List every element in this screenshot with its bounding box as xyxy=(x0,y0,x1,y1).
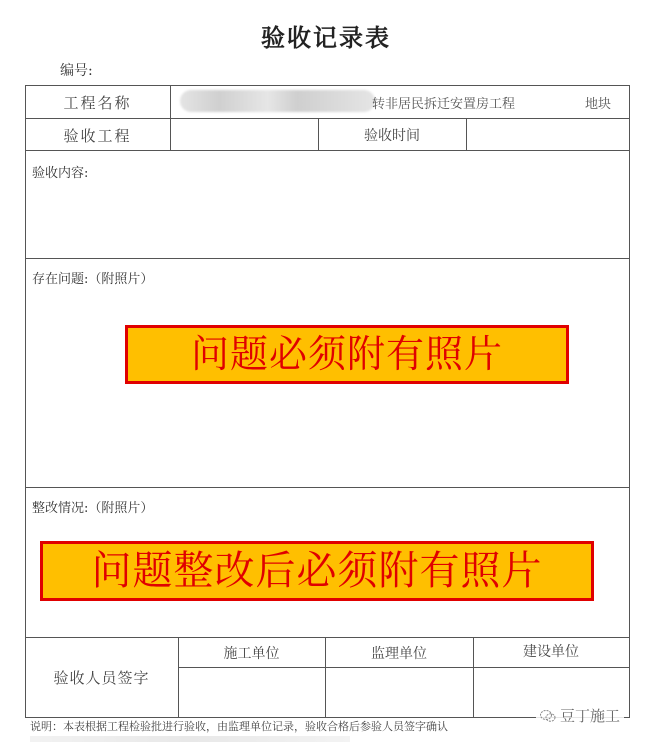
project-plot-label: 地块 xyxy=(585,93,611,112)
signature-label: 验收人员签字 xyxy=(25,667,178,688)
project-name-value: 转非居民拆迁安置房工程 xyxy=(372,93,515,112)
existing-problems-label: 存在问题:（附照片） xyxy=(32,268,153,287)
acceptance-content-label: 验收内容: xyxy=(32,162,88,181)
problems-photo-banner: 问题必须附有照片 xyxy=(125,325,569,384)
col-divider xyxy=(466,118,467,150)
row-divider xyxy=(25,118,629,119)
acceptance-project-label: 验收工程 xyxy=(25,125,170,146)
row-divider xyxy=(25,487,629,488)
wechat-icon xyxy=(540,709,556,723)
signature-field-construction[interactable] xyxy=(180,669,324,715)
serial-number-label: 编号: xyxy=(60,60,93,80)
rectification-label: 整改情况:（附照片） xyxy=(32,497,153,516)
table-border-top xyxy=(25,85,629,86)
rectification-photo-banner: 问题整改后必须附有照片 xyxy=(40,541,594,601)
table-border-right xyxy=(629,85,630,717)
acceptance-time-label: 验收时间 xyxy=(318,125,466,145)
page-title: 验收记录表 xyxy=(0,18,652,53)
redacted-project-name xyxy=(180,90,375,112)
signature-col-construction: 施工单位 xyxy=(178,643,325,663)
watermark: 豆丁施工 xyxy=(536,705,624,726)
signature-field-supervision[interactable] xyxy=(327,669,472,715)
signature-col-supervision: 监理单位 xyxy=(325,643,473,663)
footer-note-faded-line xyxy=(30,736,350,742)
signature-col-owner: 建设单位 xyxy=(473,641,629,661)
project-name-label: 工程名称 xyxy=(25,92,170,113)
table-border-left xyxy=(25,85,26,717)
row-divider xyxy=(25,637,630,638)
watermark-text: 豆丁施工 xyxy=(560,705,620,726)
row-divider xyxy=(178,667,630,668)
row-divider xyxy=(25,258,629,259)
col-divider xyxy=(170,85,171,150)
footer-note: 说明：本表根据工程检验批进行验收，由监理单位记录，验收合格后参验人员签字确认 xyxy=(30,718,448,734)
row-divider xyxy=(25,150,629,151)
